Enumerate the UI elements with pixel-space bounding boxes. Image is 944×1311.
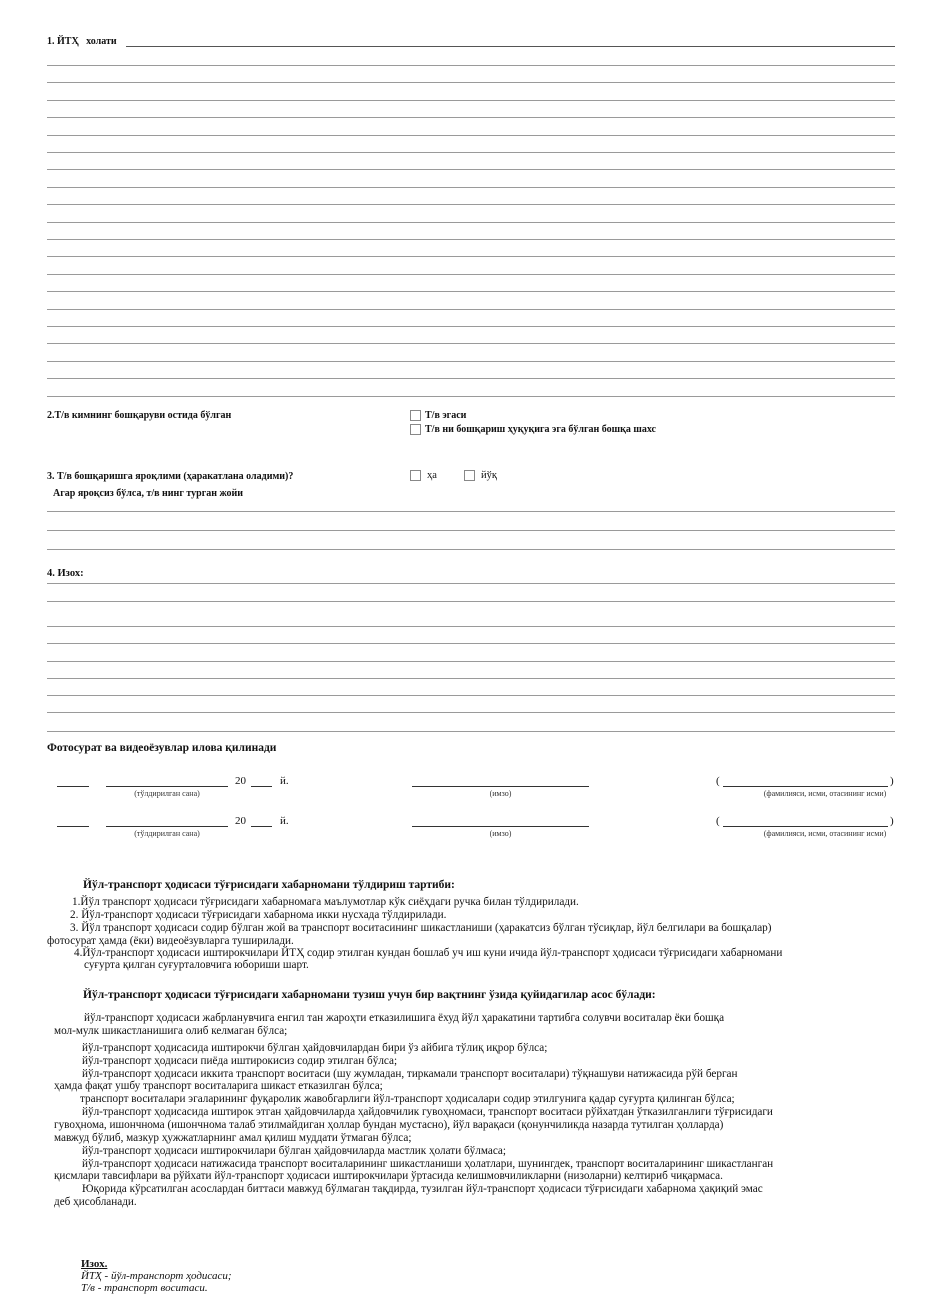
writing-line[interactable] bbox=[47, 731, 895, 732]
section-number: 1. bbox=[47, 36, 55, 47]
month-field[interactable] bbox=[106, 786, 228, 787]
option-owner-label: Т/в эгаси bbox=[425, 410, 466, 421]
section-3-label: 3. Т/в бошқаришга яроқлими (ҳаракатлана … bbox=[47, 471, 293, 482]
instruction-line: фотосурат ҳамда (ёки) видеоёзувларга туш… bbox=[47, 935, 294, 948]
instruction-line: 3. Йўл транспорт ҳодисаси содир бўлган ж… bbox=[70, 922, 772, 935]
attachments-note: Фотосурат ва видеоёзувлар илова қилинади bbox=[47, 742, 276, 754]
year-field[interactable] bbox=[251, 826, 272, 827]
condition-line: ҳамда фақат ушбу транспорт воситаларига … bbox=[54, 1080, 383, 1093]
section-1-label: 1. ЙТҲ холати bbox=[47, 36, 117, 47]
condition-line: йўл-транспорт ҳодисаси иштирокчилари бўл… bbox=[82, 1145, 506, 1158]
footnote-line: Т/в - транспорт воситаси. bbox=[81, 1283, 208, 1295]
year-field[interactable] bbox=[251, 786, 272, 787]
close-paren: ) bbox=[890, 775, 894, 787]
year-suffix: й. bbox=[280, 815, 289, 827]
section-2-label: 2.Т/в кимнинг бошқаруви остида бўлган bbox=[47, 410, 231, 421]
writing-line[interactable] bbox=[47, 135, 895, 136]
condition-line: йўл-транспорт ҳодисаси натижасида трансп… bbox=[82, 1158, 773, 1171]
section-title: ЙТҲ bbox=[57, 36, 79, 47]
signature-caption: (имзо) bbox=[412, 789, 589, 798]
writing-line[interactable] bbox=[47, 82, 895, 83]
writing-line[interactable] bbox=[47, 361, 895, 362]
writing-line[interactable] bbox=[47, 291, 895, 292]
open-paren: ( bbox=[716, 815, 720, 827]
condition-line: мол-мулк шикастланишига олиб келмаган бў… bbox=[54, 1025, 287, 1038]
condition-line: деб ҳисобланади. bbox=[54, 1196, 137, 1209]
instruction-line: 2. Йўл-транспорт ҳодисаси тўғрисидаги ха… bbox=[70, 909, 446, 922]
writing-line[interactable] bbox=[47, 695, 895, 696]
day-field[interactable] bbox=[57, 786, 89, 787]
section-4-label: 4. Изох: bbox=[47, 568, 84, 579]
month-field[interactable] bbox=[106, 826, 228, 827]
writing-line[interactable] bbox=[47, 152, 895, 153]
full-name-caption: (фамилияси, исми, отасининг исми) bbox=[740, 829, 910, 838]
signature-field[interactable] bbox=[412, 826, 589, 827]
writing-line[interactable] bbox=[47, 661, 895, 662]
full-name-caption: (фамилияси, исми, отасининг исми) bbox=[740, 789, 910, 798]
close-paren: ) bbox=[890, 815, 894, 827]
writing-line[interactable] bbox=[47, 222, 895, 223]
writing-line[interactable] bbox=[47, 65, 895, 66]
condition-line: йўл-транспорт ҳодисаси жабрланувчига енг… bbox=[84, 1012, 724, 1025]
condition-line: мавжуд бўлиб, мазкур ҳужжатларнинг амал … bbox=[54, 1132, 411, 1145]
writing-line[interactable] bbox=[47, 274, 895, 275]
option-no-label: йўқ bbox=[481, 470, 497, 481]
section-1-input-line[interactable] bbox=[126, 46, 895, 47]
open-paren: ( bbox=[716, 775, 720, 787]
option-authorized-person-label: Т/в ни бошқариш ҳуқуқига эга бўлган бошқ… bbox=[425, 424, 656, 435]
writing-line[interactable] bbox=[47, 117, 895, 118]
writing-line[interactable] bbox=[47, 643, 895, 644]
writing-line[interactable] bbox=[47, 256, 895, 257]
conditions-heading: Йўл-транспорт ҳодисаси тўғрисидаги хабар… bbox=[83, 989, 656, 1001]
writing-line[interactable] bbox=[47, 343, 895, 344]
writing-line[interactable] bbox=[47, 239, 895, 240]
checkbox-owner[interactable] bbox=[410, 410, 421, 421]
writing-line[interactable] bbox=[47, 187, 895, 188]
condition-line: йўл-транспорт ҳодисасида иштирокчи бўлга… bbox=[82, 1042, 547, 1055]
writing-line[interactable] bbox=[47, 100, 895, 101]
condition-line: қисмлари тавсифлари ва рўйхати йўл-транс… bbox=[54, 1170, 723, 1183]
signature-field[interactable] bbox=[412, 786, 589, 787]
writing-line[interactable] bbox=[47, 326, 895, 327]
footnote-title: Изох. bbox=[81, 1259, 107, 1271]
writing-line[interactable] bbox=[47, 378, 895, 379]
writing-line[interactable] bbox=[47, 678, 895, 679]
condition-line: Юқорида кўрсатилган асослардан биттаси м… bbox=[82, 1183, 763, 1196]
writing-line[interactable] bbox=[47, 712, 895, 713]
writing-line[interactable] bbox=[47, 169, 895, 170]
footnote-line: ЙТҲ - йўл-транспорт ҳодисаси; bbox=[81, 1271, 232, 1283]
writing-line[interactable] bbox=[47, 549, 895, 550]
condition-line: йўл-транспорт ҳодисасида иштирок этган ҳ… bbox=[82, 1106, 773, 1119]
day-field[interactable] bbox=[57, 826, 89, 827]
full-name-field[interactable] bbox=[723, 786, 888, 787]
signature-caption: (имзо) bbox=[412, 829, 589, 838]
writing-line[interactable] bbox=[47, 511, 895, 512]
year-suffix: й. bbox=[280, 775, 289, 787]
checkbox-no[interactable] bbox=[464, 470, 475, 481]
condition-line: йўл-транспорт ҳодисаси иккита транспорт … bbox=[82, 1068, 738, 1081]
checkbox-authorized-person[interactable] bbox=[410, 424, 421, 435]
checkbox-yes[interactable] bbox=[410, 470, 421, 481]
instruction-line: 1.Йўл транспорт ҳодисаси тўғрисидаги хаб… bbox=[72, 896, 579, 909]
full-name-field[interactable] bbox=[723, 826, 888, 827]
writing-line[interactable] bbox=[47, 396, 895, 397]
year-prefix: 20 bbox=[235, 815, 246, 827]
condition-line: гувоҳнома, ишончнома (ишончнома талаб эт… bbox=[54, 1119, 723, 1132]
instruction-line: 4.Йўл-транспорт ҳодисаси иштирокчилари Й… bbox=[74, 947, 782, 960]
year-prefix: 20 bbox=[235, 775, 246, 787]
condition-line: йўл-транспорт ҳодисаси пиёда иштирокисиз… bbox=[82, 1055, 397, 1068]
writing-line[interactable] bbox=[47, 530, 895, 531]
writing-line[interactable] bbox=[47, 626, 895, 627]
date-caption: (тўлдирилган сана) bbox=[106, 789, 228, 798]
section-title-suffix: холати bbox=[86, 36, 117, 47]
instruction-line: суғурта қилган суғурталовчига юбориши ша… bbox=[84, 959, 309, 972]
option-yes-label: ҳа bbox=[427, 470, 437, 481]
writing-line[interactable] bbox=[47, 204, 895, 205]
writing-line[interactable] bbox=[47, 601, 895, 602]
date-caption: (тўлдирилган сана) bbox=[106, 829, 228, 838]
condition-line: транспорт воситалари эгаларининг фуқарол… bbox=[80, 1093, 735, 1106]
instructions-heading: Йўл-транспорт ҳодисаси тўғрисидаги хабар… bbox=[83, 879, 455, 891]
section-3-sublabel: Агар яроқсиз бўлса, т/в нинг турган жойи bbox=[53, 488, 243, 499]
writing-line[interactable] bbox=[47, 583, 895, 584]
writing-line[interactable] bbox=[47, 309, 895, 310]
